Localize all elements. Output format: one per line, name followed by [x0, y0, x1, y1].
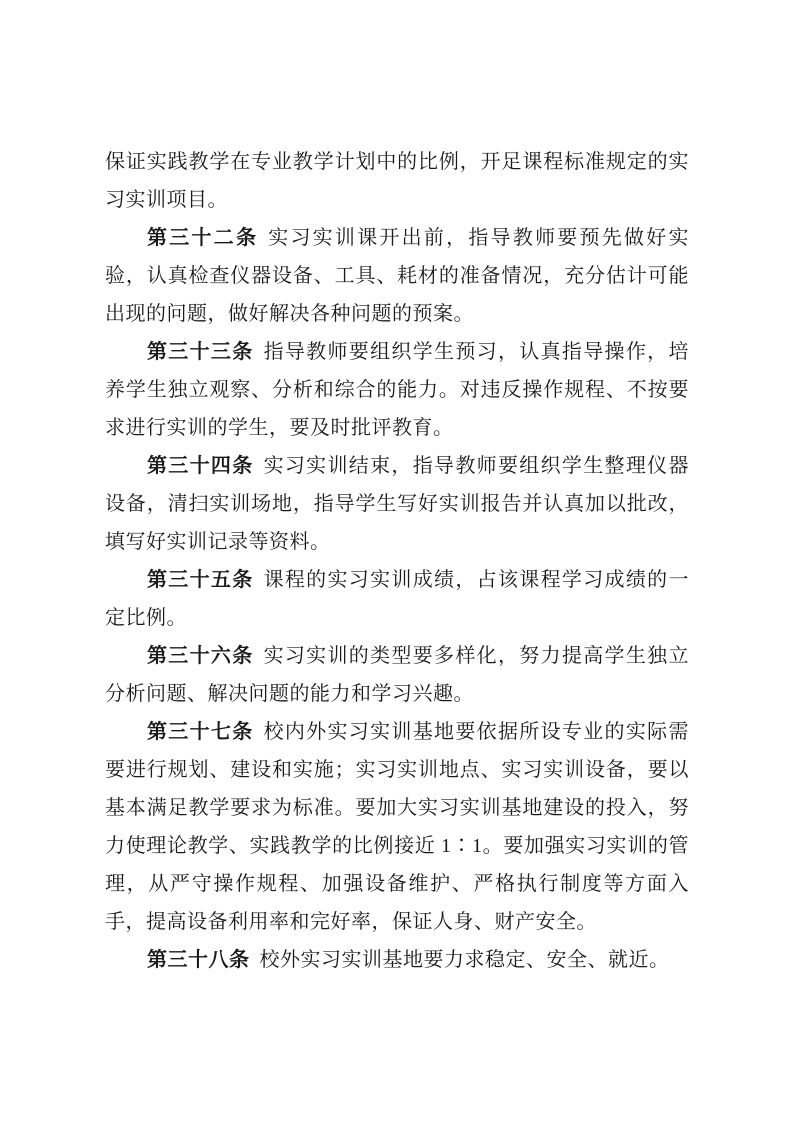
paragraph-body-text: 校外实习实训基地要力求稳定、安全、就近。 [260, 949, 670, 971]
article-paragraph-38: 第三十八条校外实习实训基地要力求稳定、安全、就近。 [105, 941, 689, 979]
article-number-heading: 第三十七条 [147, 721, 254, 743]
article-number-heading: 第三十六条 [147, 645, 254, 667]
document-page: 保证实践教学在专业教学计划中的比例，开足课程标准规定的实习实训项目。 第三十二条… [0, 0, 794, 1122]
paragraph-continuation: 保证实践教学在专业教学计划中的比例，开足课程标准规定的实习实训项目。 [105, 143, 689, 219]
article-paragraph-33: 第三十三条指导教师要组织学生预习，认真指导操作，培养学生独立观察、分析和综合的能… [105, 333, 689, 447]
article-paragraph-37: 第三十七条校内外实习实训基地要依据所设专业的实际需要进行规划、建设和实施；实习实… [105, 713, 689, 941]
article-paragraph-35: 第三十五条课程的实习实训成绩，占该课程学习成绩的一定比例。 [105, 561, 689, 637]
article-paragraph-34: 第三十四条实习实训结束，指导教师要组织学生整理仪器设备，清扫实训场地，指导学生写… [105, 447, 689, 561]
article-number-heading: 第三十四条 [147, 455, 254, 477]
paragraph-body-text: 保证实践教学在专业教学计划中的比例，开足课程标准规定的实习实训项目。 [105, 151, 689, 211]
article-number-heading: 第三十五条 [147, 569, 254, 591]
document-text-block: 保证实践教学在专业教学计划中的比例，开足课程标准规定的实习实训项目。 第三十二条… [105, 143, 689, 979]
article-paragraph-32: 第三十二条实习实训课开出前，指导教师要预先做好实验，认真检查仪器设备、工具、耗材… [105, 219, 689, 333]
paragraph-body-text: 校内外实习实训基地要依据所设专业的实际需要进行规划、建设和实施；实习实训地点、实… [105, 721, 689, 933]
article-number-heading: 第三十三条 [147, 341, 254, 363]
article-number-heading: 第三十二条 [147, 227, 258, 249]
article-paragraph-36: 第三十六条实习实训的类型要多样化，努力提高学生独立分析问题、解决问题的能力和学习… [105, 637, 689, 713]
article-number-heading: 第三十八条 [147, 949, 250, 971]
